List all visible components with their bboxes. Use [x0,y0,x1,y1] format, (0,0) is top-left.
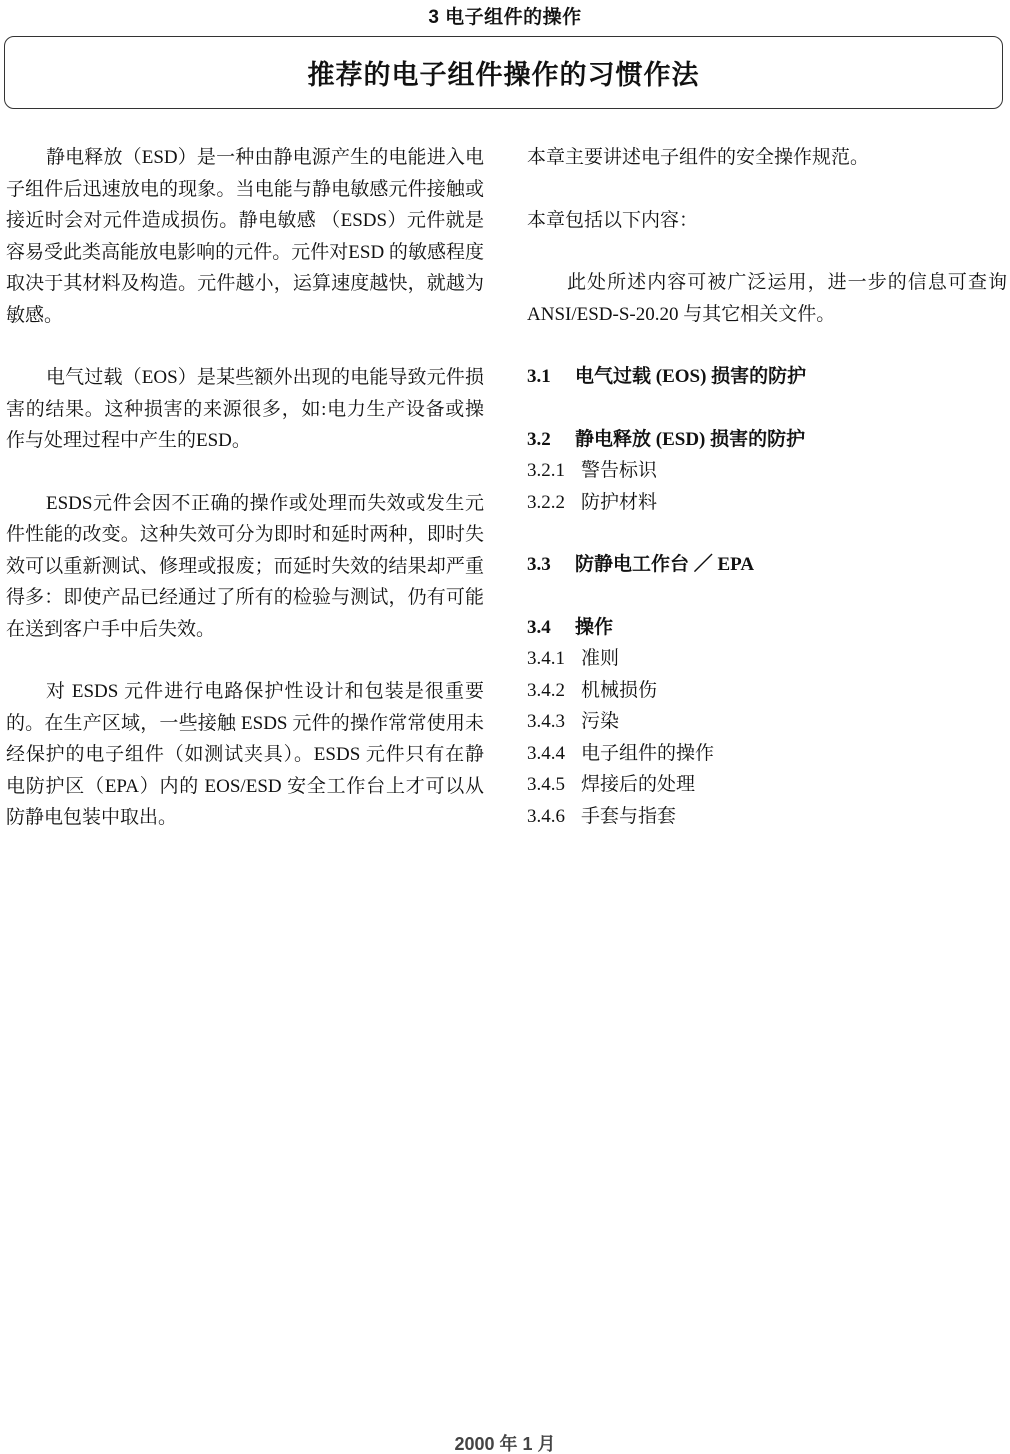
toc-item-3-1[interactable]: 3.1电气过载 (EOS) 损害的防护 [527,361,1007,393]
paragraph-protection: 对 ESDS 元件进行电路保护性设计和包装是很重要的。在生产区域，一些接触 ES… [6,676,484,834]
footer-date: 2000 年 1 月 [0,1430,1010,1454]
running-head: 3 电子组件的操作 [0,2,1010,29]
toc-item-3-4-2[interactable]: 3.4.2机械损伤 [527,675,1007,707]
paragraph-eos: 电气过载（EOS）是某些额外出现的电能导致元件损害的结果。这种损害的来源很多，如… [6,362,484,457]
toc-item-3-3[interactable]: 3.3防静电工作台 ／ EPA [527,549,1007,581]
table-of-contents: 3.1电气过载 (EOS) 损害的防护 3.2静电释放 (ESD) 损害的防护 … [527,361,1007,832]
toc-item-3-4-4[interactable]: 3.4.4电子组件的操作 [527,738,1007,770]
chapter-intro: 本章主要讲述电子组件的安全操作规范。 [527,142,1007,174]
toc-item-3-4-1[interactable]: 3.4.1准则 [527,643,1007,675]
reference-note: 此处所述内容可被广泛运用，进一步的信息可查询 ANSI/ESD-S-20.20 … [527,267,1007,330]
toc-item-3-2-2[interactable]: 3.2.2防护材料 [527,487,1007,519]
toc-item-3-4-5[interactable]: 3.4.5焊接后的处理 [527,769,1007,801]
title-box: 推荐的电子组件操作的习惯作法 [4,36,1003,109]
toc-item-3-2-1[interactable]: 3.2.1警告标识 [527,455,1007,487]
toc-item-3-4-3[interactable]: 3.4.3污染 [527,706,1007,738]
toc-item-3-4[interactable]: 3.4操作 [527,612,1007,644]
paragraph-esds-failure: ESDS元件会因不正确的操作或处理而失效或发生元件性能的改变。这种失效可分为即时… [6,488,484,646]
toc-item-3-2[interactable]: 3.2静电释放 (ESD) 损害的防护 [527,424,1007,456]
right-column: 本章主要讲述电子组件的安全操作规范。 本章包括以下内容： 此处所述内容可被广泛运… [527,142,1007,832]
left-column: 静电释放（ESD）是一种由静电源产生的电能进入电子组件后迅速放电的现象。当电能与… [6,142,484,865]
toc-item-3-4-6[interactable]: 3.4.6手套与指套 [527,801,1007,833]
paragraph-esd: 静电释放（ESD）是一种由静电源产生的电能进入电子组件后迅速放电的现象。当电能与… [6,142,484,331]
chapter-includes: 本章包括以下内容： [527,205,1007,237]
page-title: 推荐的电子组件操作的习惯作法 [308,53,700,92]
